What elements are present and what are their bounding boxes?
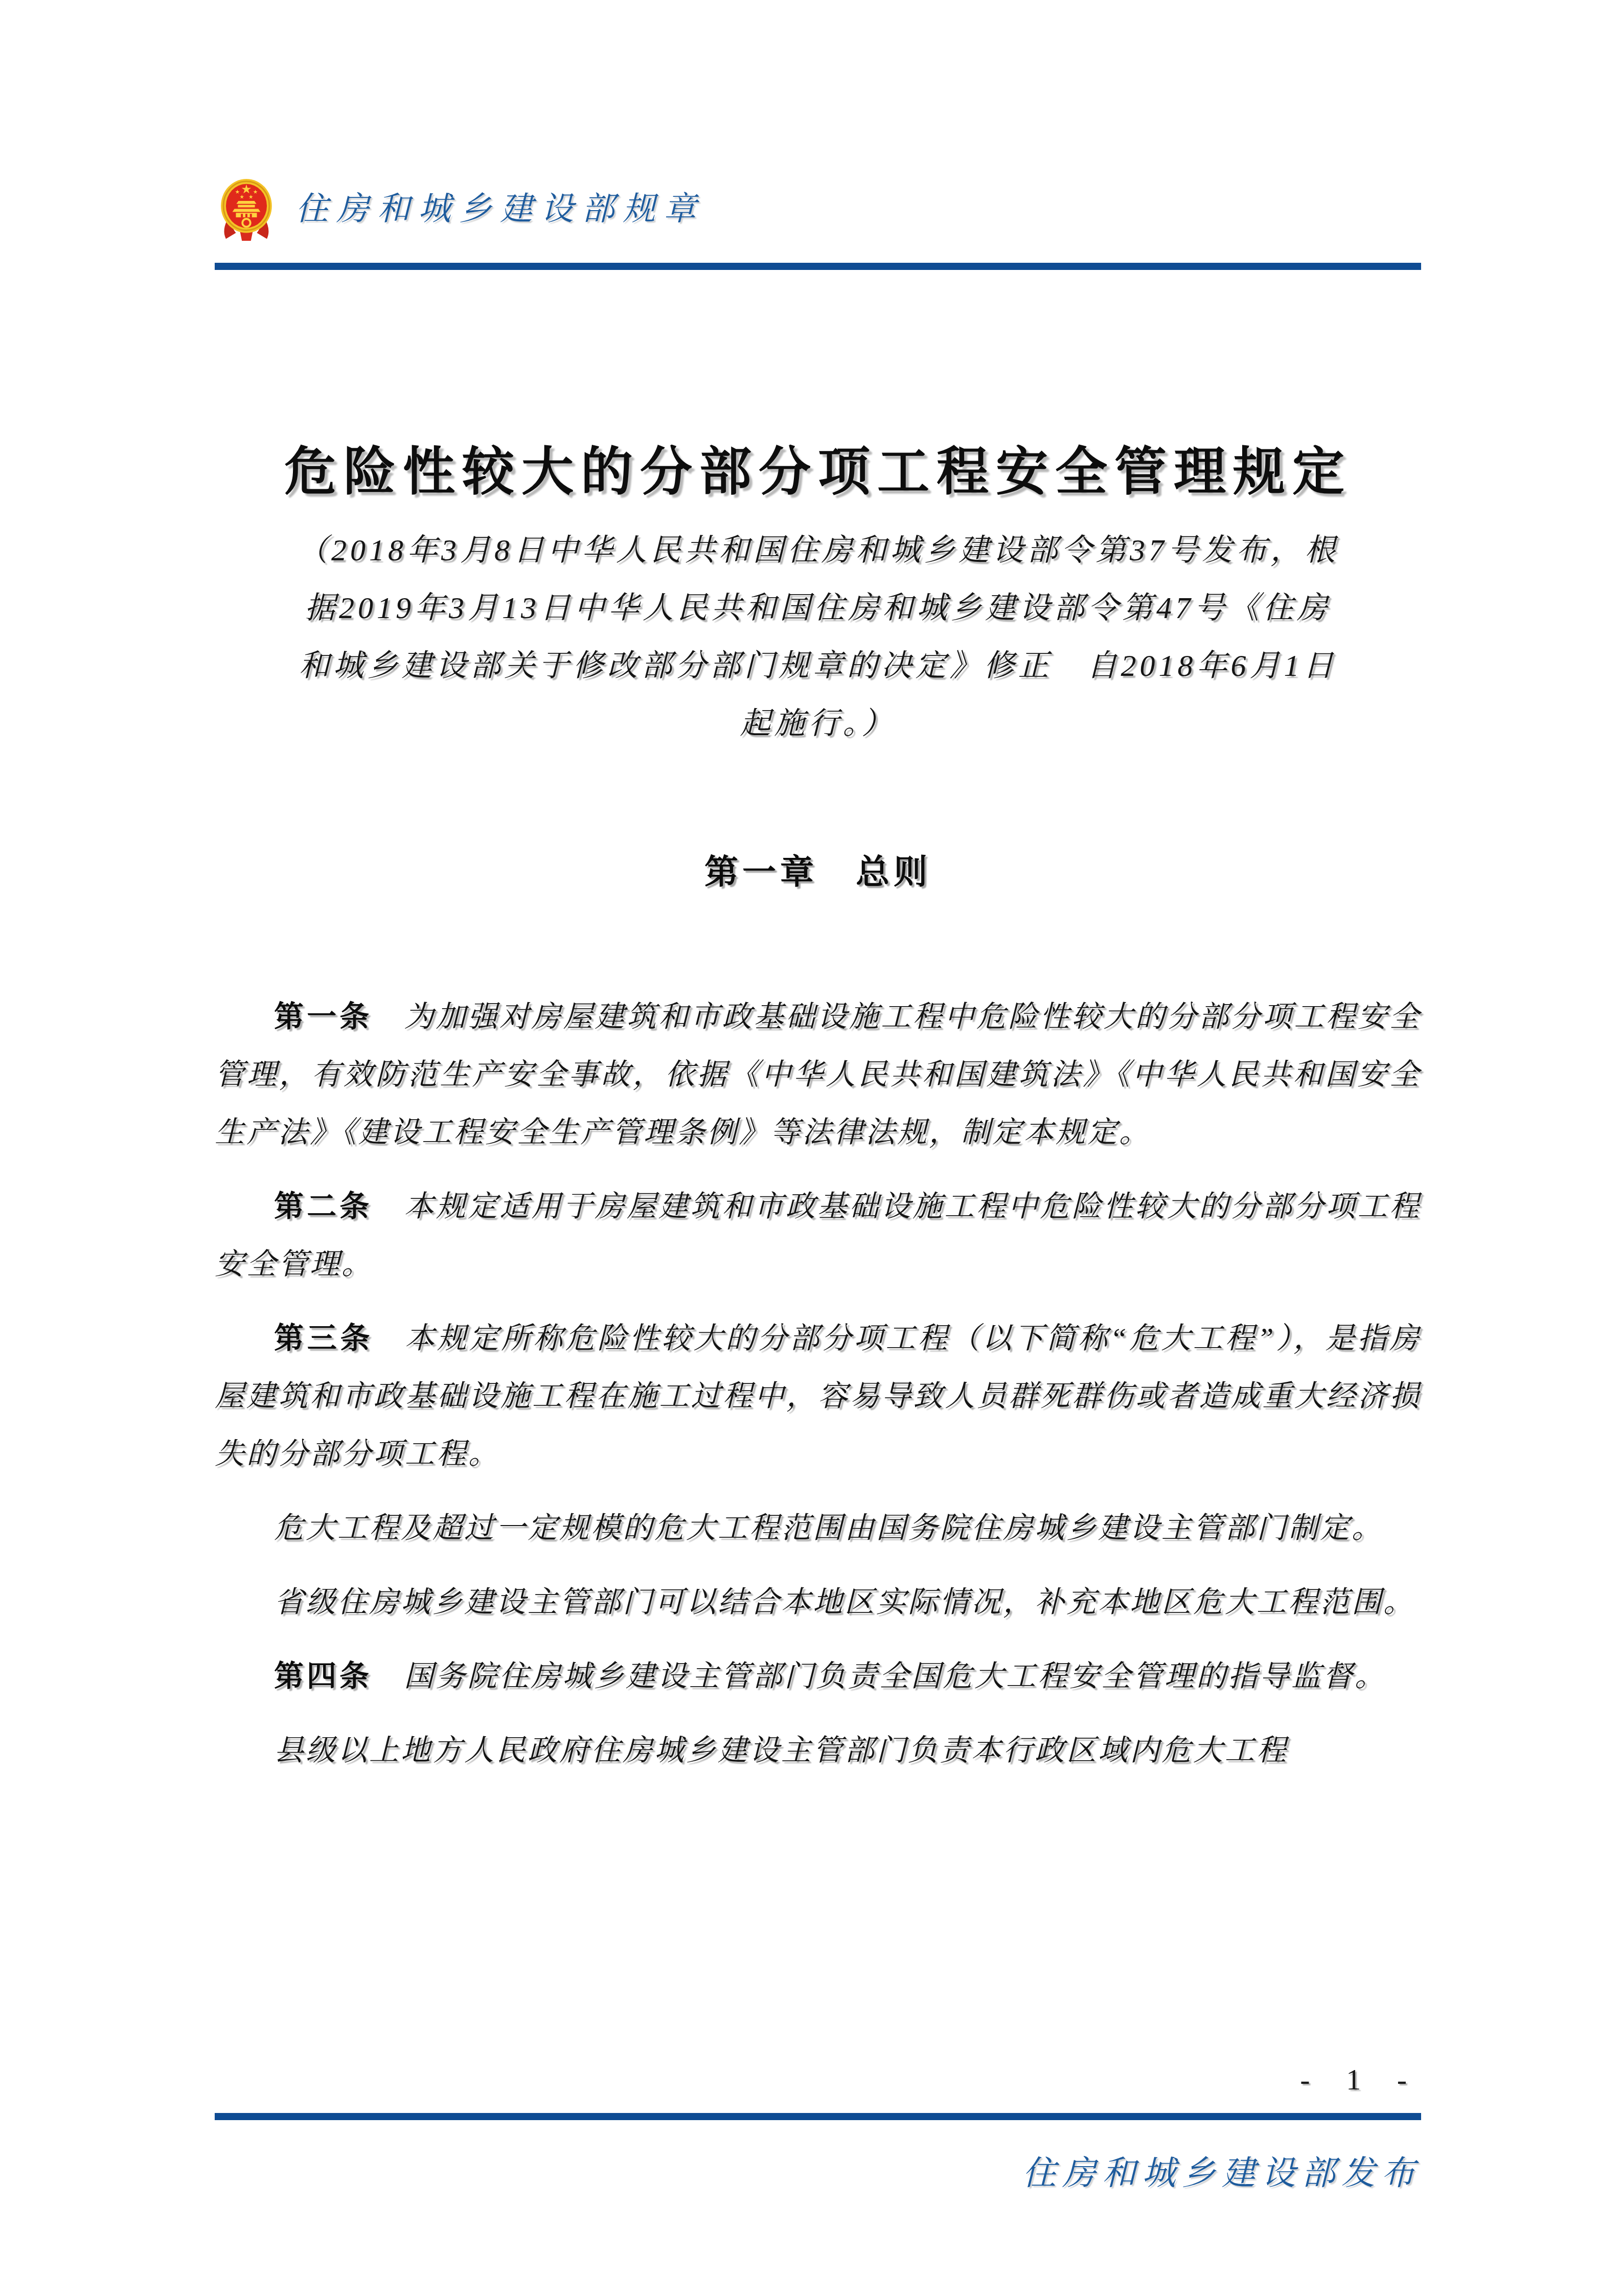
law-article-label: 第二条 xyxy=(274,1190,373,1223)
law-text: 本规定所称危险性较大的分部分项工程（以下简称“危大工程”），是指房屋建筑和市政基… xyxy=(215,1322,1421,1470)
note-line: （2018年3月8日中华人民共和国住房和城乡建设部令第37号发布，根 xyxy=(215,521,1421,579)
note-line: 和城乡建设部关于修改部分部门规章的决定》修正 自2018年6月1日 xyxy=(215,637,1421,695)
agency-label: 住房和城乡建设部规章 xyxy=(295,191,704,227)
law-paragraph: 第一条为加强对房屋建筑和市政基础设施工程中危险性较大的分部分项工程安全管理，有效… xyxy=(215,988,1421,1161)
law-paragraph: 危大工程及超过一定规模的危大工程范围由国务院住房城乡建设主管部门制定。 xyxy=(215,1499,1421,1557)
law-text: 省级住房城乡建设主管部门可以结合本地区实际情况，补充本地区危大工程范围。 xyxy=(274,1585,1415,1619)
header: 住房和城乡建设部规章 xyxy=(219,177,704,242)
national-emblem-icon xyxy=(219,177,274,242)
law-text: 国务院住房城乡建设主管部门负责全国危大工程安全管理的指导监督。 xyxy=(404,1660,1386,1693)
law-body: 第一条为加强对房屋建筑和市政基础设施工程中危险性较大的分部分项工程安全管理，有效… xyxy=(215,988,1421,1795)
law-article-label: 第四条 xyxy=(274,1660,372,1693)
law-paragraph: 第四条国务院住房城乡建设主管部门负责全国危大工程安全管理的指导监督。 xyxy=(215,1647,1421,1705)
law-text: 为加强对房屋建筑和市政基础设施工程中危险性较大的分部分项工程安全管理，有效防范生… xyxy=(215,1000,1421,1149)
law-paragraph: 第二条本规定适用于房屋建筑和市政基础设施工程中危险性较大的分部分项工程安全管理。 xyxy=(215,1177,1421,1293)
law-article-label: 第一条 xyxy=(274,1000,373,1033)
law-text: 本规定适用于房屋建筑和市政基础设施工程中危险性较大的分部分项工程安全管理。 xyxy=(215,1190,1421,1281)
law-text: 县级以上地方人民政府住房城乡建设主管部门负责本行政区域内危大工程 xyxy=(274,1734,1288,1767)
doc-title: 危险性较大的分部分项工程安全管理规定 xyxy=(215,430,1421,505)
law-article-label: 第三条 xyxy=(274,1322,373,1355)
note-line: 起施行。） xyxy=(215,695,1421,753)
page: 住房和城乡建设部规章 危险性较大的分部分项工程安全管理规定 （2018年3月8日… xyxy=(0,0,1622,2296)
law-paragraph: 第三条本规定所称危险性较大的分部分项工程（以下简称“危大工程”），是指房屋建筑和… xyxy=(215,1309,1421,1483)
header-rule xyxy=(215,263,1421,270)
law-paragraph: 省级住房城乡建设主管部门可以结合本地区实际情况，补充本地区危大工程范围。 xyxy=(215,1573,1421,1631)
publisher-label: 住房和城乡建设部发布 xyxy=(1022,2153,1421,2194)
note-line: 据2019年3月13日中华人民共和国住房和城乡建设部令第47号《住房 xyxy=(215,579,1421,637)
chapter-heading: 第一章 总则 xyxy=(215,845,1421,893)
promulgation-note: （2018年3月8日中华人民共和国住房和城乡建设部令第37号发布，根 据2019… xyxy=(215,521,1421,753)
law-text: 危大工程及超过一定规模的危大工程范围由国务院住房城乡建设主管部门制定。 xyxy=(274,1511,1383,1544)
law-paragraph: 县级以上地方人民政府住房城乡建设主管部门负责本行政区域内危大工程 xyxy=(215,1721,1421,1779)
footer-rule xyxy=(215,2113,1421,2120)
page-number: - 1 - xyxy=(1300,2059,1421,2100)
